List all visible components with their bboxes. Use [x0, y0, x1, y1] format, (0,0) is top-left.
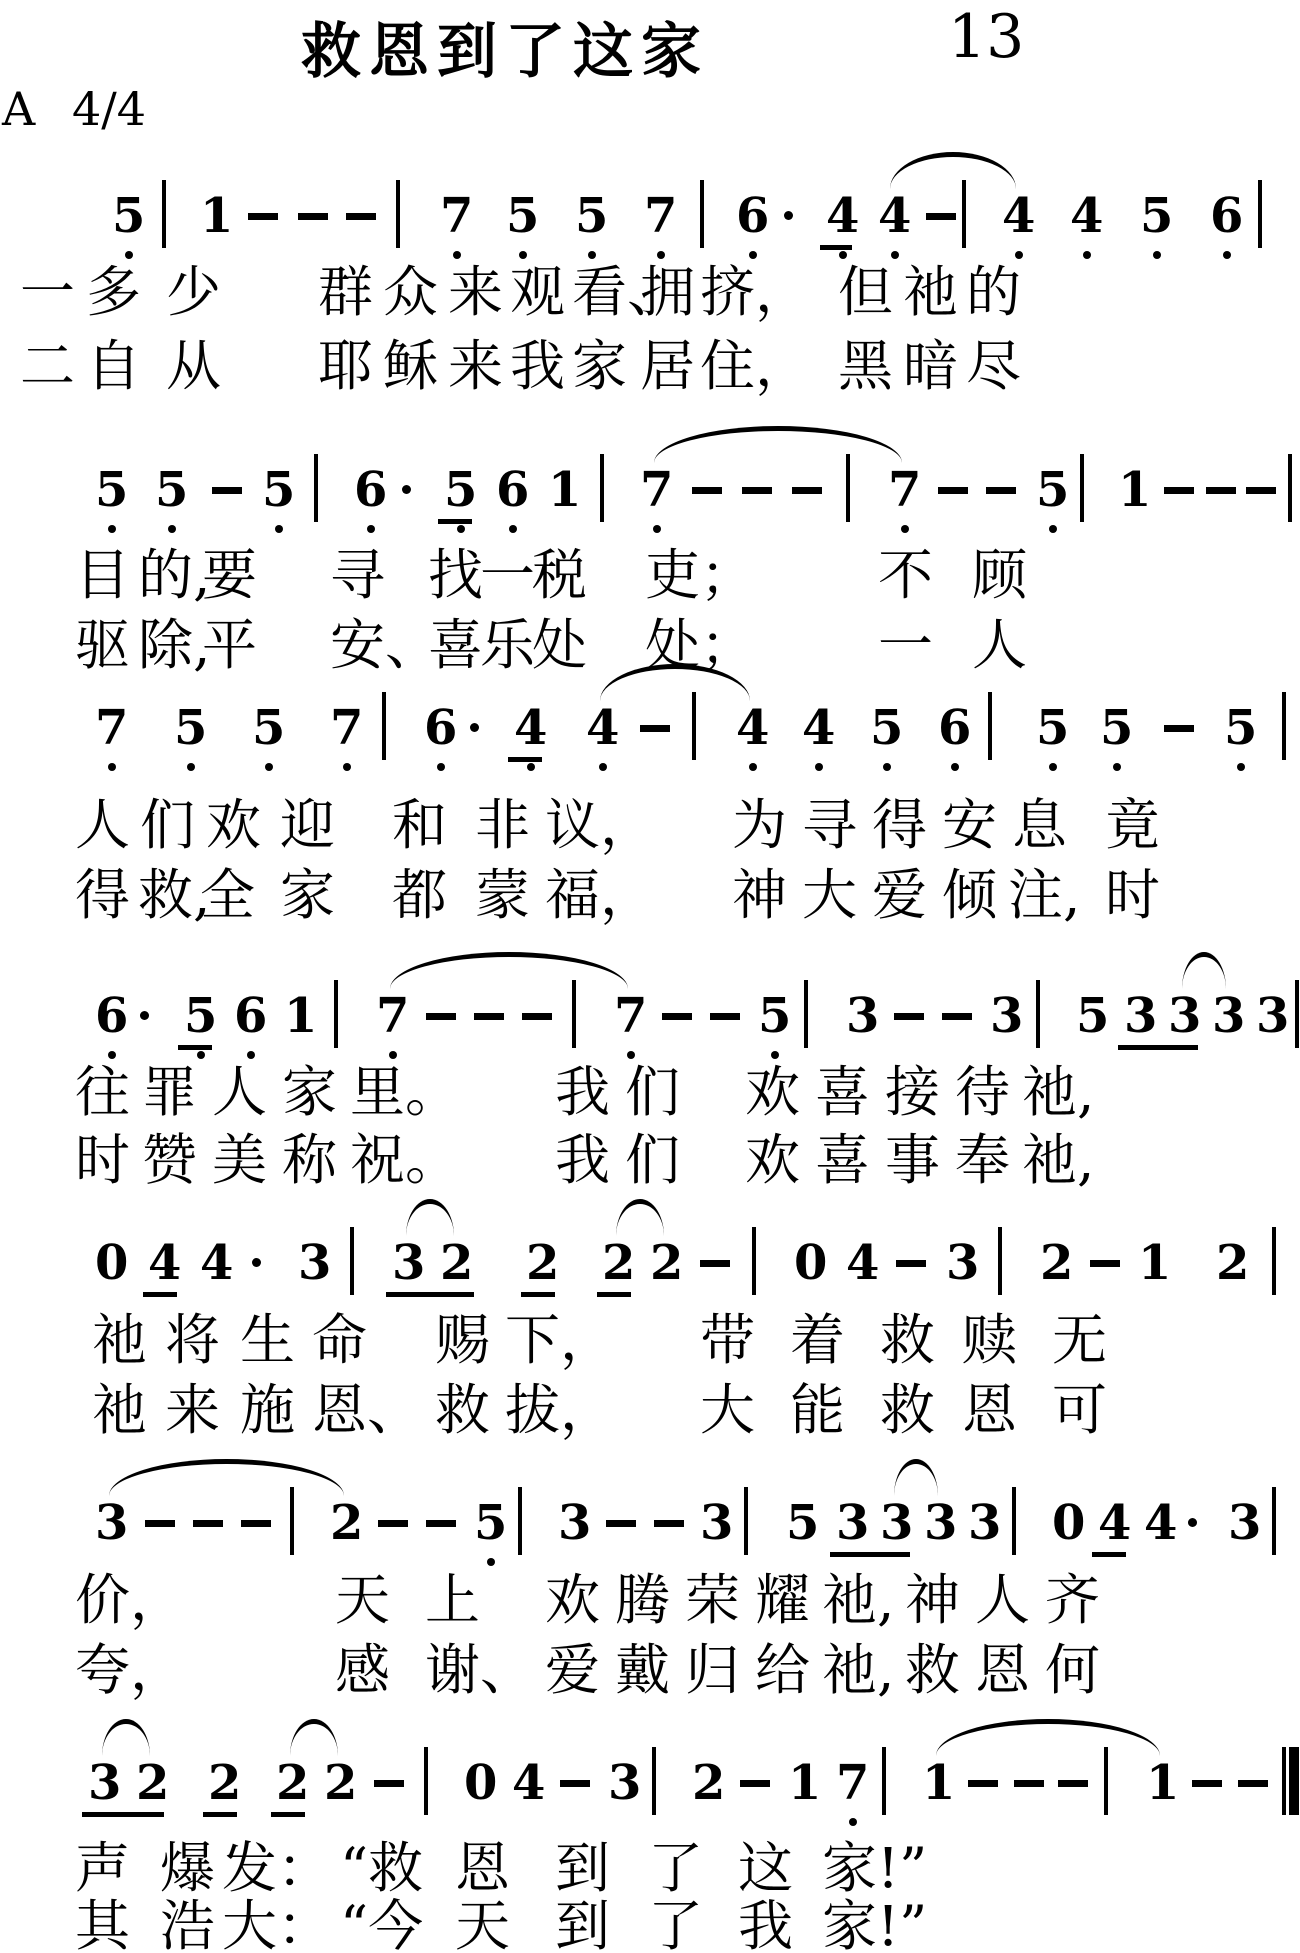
song-title: 救恩到了这家	[0, 4, 1010, 90]
lyric-text: 除,	[138, 615, 210, 675]
note-digit: 6	[234, 988, 267, 1044]
lyric-text: 时	[75, 1130, 130, 1190]
duration-dash	[426, 1520, 456, 1527]
beam-underline	[178, 1045, 212, 1050]
note-digit: 5	[444, 462, 477, 518]
lyric-text: 事	[885, 1130, 940, 1190]
lyric-text: 观	[510, 262, 565, 322]
barline	[1282, 692, 1286, 760]
lyric-text: 们	[140, 795, 195, 855]
lyric-text: 欢	[745, 1130, 800, 1190]
lyric-text: 喜	[815, 1062, 870, 1122]
note-digit: 7	[614, 988, 647, 1044]
beam-underline	[1118, 1045, 1198, 1050]
lyric-text: 赎	[962, 1310, 1017, 1370]
duration-dash	[374, 1780, 404, 1787]
duration-dash	[1014, 1780, 1044, 1787]
note-digit: 2	[602, 1235, 635, 1291]
duration-dash	[241, 1520, 271, 1527]
note-digit: 7	[836, 1755, 869, 1811]
note-digit: 0	[794, 1235, 827, 1291]
note-digit: 3	[88, 1755, 121, 1811]
note-digit: 6	[1210, 188, 1243, 244]
lyric-text: 可	[1052, 1380, 1107, 1440]
lyric-text: 了	[648, 1896, 703, 1953]
duration-dash	[792, 487, 822, 494]
lyric-text: 施	[240, 1380, 295, 1440]
lyric-text: 夸，	[75, 1640, 185, 1700]
note-digit: 2	[650, 1235, 683, 1291]
lyric-row: 往罪人家里。我们欢喜接待祂,	[0, 1062, 1300, 1124]
lyric-text: 给	[755, 1640, 810, 1700]
lyric-text: 和	[392, 795, 447, 855]
tie-slur-arc	[109, 1459, 344, 1496]
lyric-text: 祂	[903, 262, 958, 322]
lyric-text: 注,	[1008, 865, 1080, 925]
note-digit: 4	[1002, 188, 1035, 244]
duration-dash	[193, 1520, 223, 1527]
lyric-text: 到	[555, 1838, 610, 1898]
lyric-text: 处；	[645, 615, 755, 675]
duration-dash	[145, 1520, 175, 1527]
note-digit: 1	[284, 988, 317, 1044]
lyric-row: 祂将生命赐下，带着救赎无	[0, 1310, 1300, 1372]
lyric-text: 耀	[755, 1570, 810, 1630]
note-digit: 5	[184, 988, 217, 1044]
lyric-text: 我	[555, 1062, 610, 1122]
duration-dash	[1206, 487, 1236, 494]
lyric-text: 罪	[142, 1062, 197, 1122]
barline	[882, 1747, 886, 1815]
lyric-text: 家	[572, 336, 627, 396]
final-barline	[1282, 1747, 1299, 1815]
lyric-text: 时	[1105, 865, 1160, 925]
lyric-text: 下，	[505, 1310, 615, 1370]
lyric-text: 暗	[903, 336, 958, 396]
lyric-text: 恩	[975, 1640, 1030, 1700]
note-digit: 5	[174, 700, 207, 756]
beam-underline	[438, 519, 472, 524]
lyric-text: 们	[625, 1062, 680, 1122]
augmentation-dot	[470, 723, 479, 732]
note-digit: 6	[354, 462, 387, 518]
lyric-text: 里。	[350, 1062, 460, 1122]
lyric-text: “救	[340, 1838, 423, 1898]
lyric-text: 生	[240, 1310, 295, 1370]
lyric-text: 吏；	[645, 545, 755, 605]
note-digit: 2	[1216, 1235, 1249, 1291]
barline	[396, 180, 400, 248]
lyric-text: 祂,	[822, 1640, 894, 1700]
lyric-text: 人	[212, 1062, 267, 1122]
lyric-text: 祂,	[822, 1570, 894, 1630]
tie-slur-arc	[936, 1719, 1160, 1756]
lyric-text: 祂	[92, 1380, 147, 1440]
music-line: 32533533330443	[0, 1495, 1300, 1567]
note-digit: 1	[200, 188, 233, 244]
augmentation-dot	[402, 485, 411, 494]
lyric-text: 救	[905, 1640, 960, 1700]
augmentation-dot	[140, 1011, 149, 1020]
lyric-text: 喜	[428, 615, 483, 675]
duration-dash	[662, 1013, 692, 1020]
duration-dash	[522, 1013, 552, 1020]
lyric-text: 戴	[615, 1640, 670, 1700]
note-digit: 2	[526, 1235, 559, 1291]
lyric-text: 为	[732, 795, 787, 855]
note-digit: 4	[1070, 188, 1103, 244]
lyric-text: 但	[838, 262, 893, 322]
lyric-text: 人	[972, 615, 1027, 675]
lyric-row: 驱除,平安、喜乐处处；一人	[0, 615, 1300, 677]
lyric-text: 挤，	[700, 262, 810, 322]
note-digit: 4	[586, 700, 619, 756]
note-digit: 7	[888, 462, 921, 518]
note-digit: 5	[1140, 188, 1173, 244]
beam-underline	[521, 1292, 555, 1297]
barline	[962, 180, 966, 248]
lyric-text: 处	[532, 615, 587, 675]
barline	[290, 1487, 294, 1555]
lyric-text: 家	[280, 865, 335, 925]
tie-slur-arc	[290, 1719, 338, 1756]
lyric-text: 爱	[545, 1640, 600, 1700]
duration-dash	[926, 213, 956, 220]
lyric-text: 祂	[92, 1310, 147, 1370]
duration-dash	[1090, 1260, 1120, 1267]
lyric-text: 归	[685, 1640, 740, 1700]
lyric-text: 们	[625, 1130, 680, 1190]
lyric-text: 我	[510, 336, 565, 396]
note-digit: 4	[1098, 1495, 1131, 1551]
note-digit: 5	[1100, 700, 1133, 756]
key-signature: A	[2, 82, 35, 136]
lyric-text: 上	[425, 1570, 480, 1630]
note-digit: 7	[330, 700, 363, 756]
lyric-row: 一多少群众来观看、拥挤，但祂的	[0, 262, 1300, 324]
lyric-text: 平	[202, 615, 257, 675]
lyric-text: 腾	[615, 1570, 670, 1630]
barline	[600, 454, 604, 522]
note-digit: 6	[496, 462, 529, 518]
lyric-text: 一	[480, 545, 535, 605]
lyric-text: 大	[802, 865, 857, 925]
note-digit: 3	[558, 1495, 591, 1551]
lyric-text: 寻	[802, 795, 857, 855]
barline	[988, 692, 992, 760]
duration-dash	[1246, 487, 1276, 494]
lyric-text: 了	[648, 1838, 703, 1898]
note-digit: 2	[692, 1755, 725, 1811]
lyric-text: 赐	[435, 1310, 490, 1370]
beam-underline	[597, 1292, 631, 1297]
duration-dash	[1164, 725, 1194, 732]
barline	[518, 1487, 522, 1555]
lyric-row: 人们欢迎和非议，为寻得安息竟	[0, 795, 1300, 857]
barline	[804, 980, 808, 1048]
beam-underline	[271, 1812, 305, 1817]
lyric-text: 价，	[75, 1570, 185, 1630]
lyric-text: 自	[86, 336, 141, 396]
barline	[744, 1487, 748, 1555]
barline	[334, 980, 338, 1048]
note-digit: 5	[575, 188, 608, 244]
lyric-text: 来	[448, 336, 503, 396]
lyric-text: 爆	[160, 1838, 215, 1898]
barline	[162, 180, 166, 248]
duration-dash	[560, 1780, 590, 1787]
lyric-row: 夸，感谢、爱戴归给祂,救恩何	[0, 1640, 1300, 1702]
note-digit: 0	[464, 1755, 497, 1811]
lyric-row: 二自从耶稣来我家居住，黑暗尽	[0, 336, 1300, 398]
lyric-text: 二	[20, 336, 75, 396]
duration-dash	[894, 1013, 924, 1020]
lyric-text: 往	[75, 1062, 130, 1122]
lyric-text: 恩	[962, 1380, 1017, 1440]
lyric-text: 祂,	[1022, 1130, 1094, 1190]
lyric-text: 爱	[872, 865, 927, 925]
barline	[1104, 1747, 1108, 1815]
barline	[1272, 1487, 1276, 1555]
lyric-text: 寻	[330, 545, 385, 605]
note-digit: 5	[95, 462, 128, 518]
lyric-text: 家	[282, 1062, 337, 1122]
duration-dash	[700, 1260, 730, 1267]
barline	[572, 980, 576, 1048]
lyric-text: 着	[790, 1310, 845, 1370]
lyric-text: 拔，	[505, 1380, 615, 1440]
lyric-text: 谢、	[425, 1640, 535, 1700]
lyric-text: 倾	[942, 865, 997, 925]
beam-underline	[1092, 1552, 1126, 1557]
note-digit: 4	[512, 1755, 545, 1811]
beam-underline	[143, 1292, 177, 1297]
barline	[1272, 1227, 1276, 1295]
note-digit: 2	[1040, 1235, 1073, 1291]
tie-slur-arc	[654, 426, 902, 463]
note-digit: 4	[736, 700, 769, 756]
lyric-text: 人	[975, 1570, 1030, 1630]
barline	[1295, 980, 1299, 1048]
note-digit: 1	[1146, 1755, 1179, 1811]
duration-dash	[1238, 1780, 1268, 1787]
lyric-text: 家!”	[822, 1896, 927, 1953]
lyric-text: 奉	[955, 1130, 1010, 1190]
lyric-text: “今	[340, 1896, 423, 1953]
lyric-text: 得	[872, 795, 927, 855]
note-digit: 5	[786, 1495, 819, 1551]
lyric-text: 喜	[815, 1130, 870, 1190]
lyric-text: 福，	[545, 865, 655, 925]
duration-dash	[248, 213, 278, 220]
note-digit: 5	[252, 700, 285, 756]
tie-slur-arc	[390, 952, 628, 989]
note-digit: 3	[946, 1235, 979, 1291]
music-line: 5175576444456	[0, 188, 1300, 260]
lyric-text: 欢	[206, 795, 261, 855]
duration-dash	[1058, 1780, 1088, 1787]
note-digit: 6	[424, 700, 457, 756]
note-digit: 2	[208, 1755, 241, 1811]
lyric-text: 一	[878, 615, 933, 675]
duration-dash	[942, 1013, 972, 1020]
lyric-text: 神	[732, 865, 787, 925]
lyric-text: 天	[455, 1896, 510, 1953]
note-digit: 0	[1052, 1495, 1085, 1551]
lyric-text: 全	[200, 865, 255, 925]
music-line: 3222204321711	[0, 1755, 1300, 1827]
note-digit: 7	[440, 188, 473, 244]
lyric-text: 荣	[685, 1570, 740, 1630]
note-digit: 3	[846, 988, 879, 1044]
duration-dash	[1164, 487, 1194, 494]
duration-dash	[640, 725, 670, 732]
beam-underline	[82, 1812, 164, 1817]
lyric-text: 命	[312, 1310, 367, 1370]
note-digit: 4	[846, 1235, 879, 1291]
lyric-text: 祂,	[1022, 1062, 1094, 1122]
lyric-row: 目的,要寻找一税吏；不顾	[0, 545, 1300, 607]
lyric-text: 群	[318, 262, 373, 322]
lyric-text: 带	[700, 1310, 755, 1370]
note-digit: 5	[474, 1495, 507, 1551]
lyric-text: 恩	[455, 1838, 510, 1898]
lyric-text: 天	[335, 1570, 390, 1630]
barline	[998, 1227, 1002, 1295]
note-digit: 5	[758, 988, 791, 1044]
lyric-text: 要	[202, 545, 257, 605]
barline	[700, 180, 704, 248]
note-digit: 3	[924, 1495, 957, 1551]
lyric-row: 价，天上欢腾荣耀祂,神人齐	[0, 1570, 1300, 1632]
duration-dash	[346, 213, 376, 220]
duration-dash	[710, 1013, 740, 1020]
note-digit: 0	[95, 1235, 128, 1291]
music-line: 65617753353333	[0, 988, 1300, 1060]
duration-dash	[968, 1780, 998, 1787]
lyric-text: 美	[212, 1130, 267, 1190]
barline	[314, 454, 318, 522]
lyric-text: 少	[166, 262, 221, 322]
barline	[692, 692, 696, 760]
lyric-row: 声爆发：“救恩到了这家!”	[0, 1838, 1300, 1900]
lyric-text: 税	[532, 545, 587, 605]
lyric-text: 黑	[838, 336, 893, 396]
lyric-text: 待	[955, 1062, 1010, 1122]
lyric-text: 救	[435, 1380, 490, 1440]
lyric-text: 住，	[700, 336, 810, 396]
lyric-text: 何	[1045, 1640, 1100, 1700]
barline	[424, 1747, 428, 1815]
lyric-text: 欢	[545, 1570, 600, 1630]
lyric-text: 尽	[966, 336, 1021, 396]
lyric-text: 感	[335, 1640, 390, 1700]
note-digit: 4	[148, 1235, 181, 1291]
note-digit: 4	[802, 700, 835, 756]
note-digit: 5	[870, 700, 903, 756]
barline	[350, 1227, 354, 1295]
lyric-text: 息	[1012, 795, 1067, 855]
note-digit: 2	[276, 1755, 309, 1811]
note-digit: 3	[298, 1235, 331, 1291]
barline	[1258, 180, 1262, 248]
lyric-text: 欢	[745, 1062, 800, 1122]
lyric-text: 齐	[1045, 1570, 1100, 1630]
note-digit: 3	[608, 1755, 641, 1811]
note-digit: 4	[826, 188, 859, 244]
note-digit: 5	[1036, 462, 1069, 518]
beam-underline	[820, 245, 852, 250]
augmentation-dot	[252, 1258, 261, 1267]
lyric-text: 驱	[75, 615, 130, 675]
augmentation-dot	[1188, 1518, 1197, 1527]
lyric-text: 竟	[1105, 795, 1160, 855]
note-digit: 6	[95, 988, 128, 1044]
duration-dash	[740, 1780, 770, 1787]
beam-underline	[386, 1292, 474, 1297]
note-digit: 6	[736, 188, 769, 244]
sheet-music-page: 救恩到了这家 13 A 4/4 517557644445655565617751…	[0, 0, 1300, 1953]
note-digit: 3	[392, 1235, 425, 1291]
duration-dash	[896, 1260, 926, 1267]
barline	[1036, 980, 1040, 1048]
duration-dash	[474, 1013, 504, 1020]
duration-dash	[378, 1520, 408, 1527]
tie-slur-arc	[1182, 952, 1226, 989]
lyric-text: 非	[475, 795, 530, 855]
note-digit: 1	[548, 462, 581, 518]
lyric-text: 顾	[972, 545, 1027, 605]
lyric-text: 救	[880, 1310, 935, 1370]
lyric-text: 大	[700, 1380, 755, 1440]
lyric-text: 我	[555, 1130, 610, 1190]
duration-dash	[654, 1520, 684, 1527]
beam-underline	[203, 1812, 237, 1817]
note-digit: 5	[1076, 988, 1109, 1044]
lyric-text: 找	[428, 545, 483, 605]
barline	[1012, 1487, 1016, 1555]
tie-slur-arc	[102, 1719, 150, 1756]
note-digit: 1	[1138, 1235, 1171, 1291]
duration-dash	[938, 487, 968, 494]
lyric-text: 大：	[222, 1896, 332, 1953]
note-digit: 1	[1118, 462, 1151, 518]
lyric-text: 耶	[318, 336, 373, 396]
lyric-text: 一	[20, 262, 75, 322]
duration-dash	[692, 487, 722, 494]
lyric-text: 安	[942, 795, 997, 855]
lyric-text: 众	[383, 262, 438, 322]
lyric-row: 祂来施恩、救拔，大能救恩可	[0, 1380, 1300, 1442]
note-digit: 2	[136, 1755, 169, 1811]
barline	[382, 692, 386, 760]
note-digit: 3	[1168, 988, 1201, 1044]
duration-dash	[1192, 1780, 1222, 1787]
lyric-text: 的,	[138, 545, 210, 605]
lyric-text: 来	[448, 262, 503, 322]
duration-dash	[426, 1013, 456, 1020]
note-digit: 4	[878, 188, 911, 244]
barline	[752, 1227, 756, 1295]
tie-slur-arc	[406, 1199, 454, 1236]
music-line: 55565617751	[0, 462, 1300, 534]
lyric-text: 乐	[480, 615, 535, 675]
lyric-text: 安、	[330, 615, 440, 675]
barline	[1080, 454, 1084, 522]
note-digit: 5	[506, 188, 539, 244]
lyric-text: 赞	[142, 1130, 197, 1190]
lyric-text: 祝。	[350, 1130, 460, 1190]
